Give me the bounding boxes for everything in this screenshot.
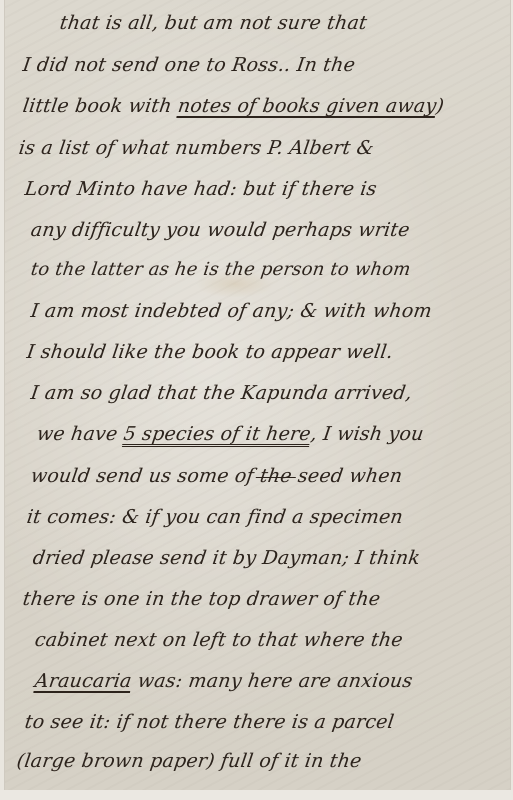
line-text: I am most indebted of any; & with whom [29,300,433,322]
line-text: dried please send it by Dayman; I think [31,547,421,569]
text-line: there is one in the top drawer of the [21,588,381,610]
line-text: there is one in the top drawer of the [21,588,381,610]
line-text: ) [435,95,446,117]
text-line: cabinet next on left to that where the [33,629,404,651]
text-line: that is all, but am not sure that [58,12,368,34]
line-text: is a list of what numbers P. Albert & [17,137,375,159]
line-text: I should like the book to appear well. [25,341,394,363]
text-line: to the latter as he is the person to who… [30,259,413,280]
line-text: cabinet next on left to that where the [33,629,404,651]
underlined-text: notes of books given away [176,95,437,117]
line-text: Lord Minto have had: but if there is [23,178,378,200]
text-line: it comes: & if you can find a specimen [25,506,404,528]
text-line: Araucaria was: many here are anxious [33,670,414,692]
line-text: any difficulty you would perhaps write [29,219,411,241]
line-text: , I wish you [309,423,425,445]
text-line: dried please send it by Dayman; I think [31,547,421,569]
line-text: would send us some of [29,465,261,487]
text-line: would send us some of the seed when [29,465,403,487]
text-line: I should like the book to appear well. [25,341,394,363]
text-line: I am so glad that the Kapunda arrived, [29,382,413,404]
text-line: is a list of what numbers P. Albert & [17,137,375,159]
line-text: to see it: if not there there is a parce… [23,711,395,733]
manuscript-page: that is all, but am not sure that I did … [5,0,510,790]
line-text: we have [35,423,125,445]
line-text: I am so glad that the Kapunda arrived, [29,382,413,404]
text-line: any difficulty you would perhaps write [29,219,411,241]
text-line: I am most indebted of any; & with whom [29,300,433,322]
struck-text: the [259,465,294,487]
line-text: that is all, but am not sure that [58,12,368,34]
line-text: little book with [21,95,179,117]
line-text: I did not send one to Ross.. In the [21,54,356,76]
line-text: seed when [290,465,404,487]
text-line: (large brown paper) full of it in the [15,750,363,772]
text-line: Lord Minto have had: but if there is [23,178,378,200]
line-text: (large brown paper) full of it in the [15,750,363,772]
line-text: to the latter as he is the person to who… [30,259,413,280]
line-text: it comes: & if you can find a specimen [25,506,404,528]
text-line: little book with notes of books given aw… [21,95,445,117]
page-bottom-margin [0,790,513,800]
text-line: to see it: if not there there is a parce… [23,711,395,733]
text-line: I did not send one to Ross.. In the [21,54,356,76]
text-line: we have 5 species of it here, I wish you [35,423,425,445]
underlined-text: Araucaria [33,670,133,692]
line-text: was: many here are anxious [130,670,414,692]
underlined-text: 5 species of it here [122,423,312,445]
